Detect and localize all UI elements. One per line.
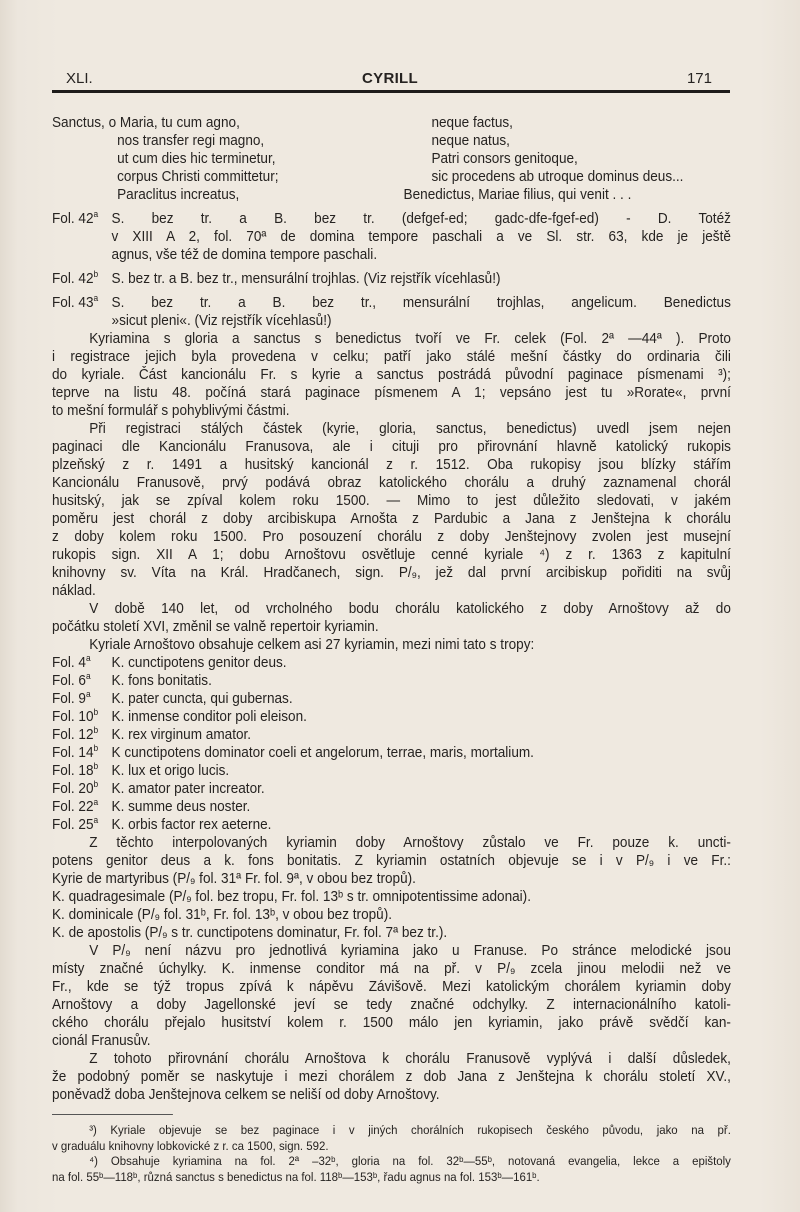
folio-entry: Fol. 42b S. bez tr. a B. bez tr., mensur… [52, 270, 731, 288]
trope-item: Fol. 18bK. lux et origo lucis. [52, 762, 731, 780]
verse-line: Patri consors genitoque, [404, 150, 684, 168]
trope-item: Fol. 6aK. fons bonitatis. [52, 672, 731, 690]
book-page: XLI. CYRILL 171 Sanctus, o Maria, tu cum… [0, 0, 800, 1212]
entry-line: S. bez tr. a B. bez tr. (defgef-ed; gadc… [112, 210, 731, 228]
verse-line: corpus Christi committetur; [52, 168, 278, 186]
entry-line: S. bez tr. a B. bez tr., mensurální troj… [112, 294, 731, 312]
verse-right-column: neque factus, neque natus, Patri consors… [404, 114, 684, 204]
verse-line: Paraclitus increatus, [52, 186, 278, 204]
verse-line: neque natus, [404, 132, 684, 150]
trope-item: Fol. 10bK. inmense conditor poli eleison… [52, 708, 731, 726]
running-header: XLI. CYRILL 171 [52, 70, 728, 92]
folio-label: Fol. 43a [52, 294, 112, 330]
footnotes: ³) Kyriale objevuje se bez paginace i v … [52, 1123, 731, 1185]
paragraph: Při registraci stálých částek (kyrie, gl… [52, 420, 731, 600]
entry-line: S. bez tr. a B. bez tr., mensurální troj… [112, 270, 731, 288]
trope-item: Fol. 12bK. rex virginum amator. [52, 726, 731, 744]
folio-entry: Fol. 42a S. bez tr. a B. bez tr. (defgef… [52, 210, 731, 264]
trope-item: Fol. 14bK cunctipotens dominator coeli e… [52, 744, 731, 762]
page-number: 171 [687, 70, 712, 87]
paragraph: Z těchto interpolovaných kyriamin doby A… [52, 834, 731, 942]
verse-line: Sanctus, o Maria, tu cum agno, [52, 114, 278, 132]
paragraph: Kyriale Arnoštovo obsahuje celkem asi 27… [52, 636, 731, 654]
entry-line: v XIII A 2, fol. 70ª de domina tempore p… [112, 228, 731, 246]
running-title: CYRILL [52, 70, 728, 87]
latin-verse: Sanctus, o Maria, tu cum agno, nos trans… [52, 114, 731, 204]
entry-line: agnus, vše též de domina tempore paschal… [112, 246, 731, 264]
footnote-3: ³) Kyriale objevuje se bez paginace i v … [52, 1123, 731, 1139]
trope-item: Fol. 25aK. orbis factor rex aeterne. [52, 816, 731, 834]
trope-list: Fol. 4aK. cunctipotens genitor deus. Fol… [52, 654, 731, 834]
verse-line: sic procedens ab utroque dominus deus... [404, 168, 684, 186]
footnote-4: ⁴) Obsahuje kyriamina na fol. 2ª –32ᵇ, g… [52, 1154, 731, 1170]
paragraph: Kyriamina s gloria a sanctus s benedictu… [52, 330, 731, 420]
folio-label: Fol. 42b [52, 270, 112, 288]
folio-entry: Fol. 43a S. bez tr. a B. bez tr., mensur… [52, 294, 731, 330]
verse-line: ut cum dies hic terminetur, [52, 150, 278, 168]
trope-item: Fol. 4aK. cunctipotens genitor deus. [52, 654, 731, 672]
footnote-rule [52, 1114, 173, 1115]
paragraph: V době 140 let, od vrcholného bodu chorá… [52, 600, 731, 636]
verse-line: Benedictus, Mariae filius, qui venit . .… [404, 186, 684, 204]
trope-item: Fol. 20bK. amator pater increator. [52, 780, 731, 798]
verse-line: nos transfer regi magno, [52, 132, 278, 150]
verse-line: neque factus, [404, 114, 684, 132]
header-rule [52, 90, 730, 93]
verse-left-column: Sanctus, o Maria, tu cum agno, nos trans… [52, 114, 278, 204]
entry-line: »sicut pleni«. (Viz rejstřík vícehlasů!) [112, 312, 731, 330]
paragraph: V P/₉ není názvu pro jednotlivá kyriamin… [52, 942, 731, 1050]
trope-item: Fol. 22aK. summe deus noster. [52, 798, 731, 816]
folio-label: Fol. 42a [52, 210, 112, 264]
page-body: Sanctus, o Maria, tu cum agno, nos trans… [52, 114, 731, 1185]
paragraph: Z tohoto přirovnání chorálu Arnoštova k … [52, 1050, 731, 1104]
trope-item: Fol. 9aK. pater cuncta, qui gubernas. [52, 690, 731, 708]
